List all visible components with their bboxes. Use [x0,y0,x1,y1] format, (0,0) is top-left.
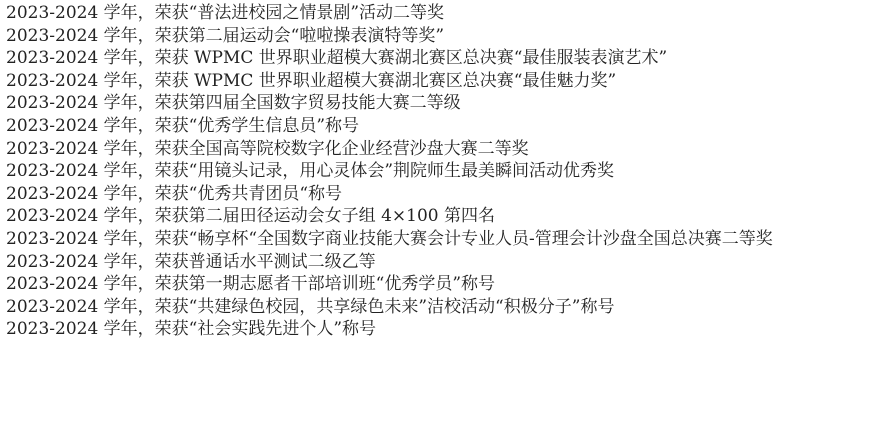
award-line: 2023-2024 学年，荣获“优秀学生信息员”称号 [6,115,878,138]
award-line: 2023-2024 学年，荣获 WPMC 世界职业超模大赛湖北赛区总决赛“最佳服… [6,47,878,70]
award-line: 2023-2024 学年，荣获第一期志愿者干部培训班“优秀学员”称号 [6,273,878,296]
award-line: 2023-2024 学年，荣获“共建绿色校园，共享绿色未来”洁校活动“积极分子”… [6,296,878,319]
award-line: 2023-2024 学年，荣获“用镜头记录，用心灵体会”荆院师生最美瞬间活动优秀… [6,160,878,183]
award-line: 2023-2024 学年，荣获第二届运动会“啦啦操表演特等奖” [6,25,878,48]
award-line: 2023-2024 学年，荣获“社会实践先进个人”称号 [6,318,878,341]
award-line: 2023-2024 学年，荣获 WPMC 世界职业超模大赛湖北赛区总决赛“最佳魅… [6,70,878,93]
award-line: 2023-2024 学年，荣获“畅享杯“全国数字商业技能大赛会计专业人员-管理会… [6,228,878,251]
award-line: 2023-2024 学年，荣获全国高等院校数字化企业经营沙盘大赛二等奖 [6,138,878,161]
award-line: 2023-2024 学年，荣获第二届田径运动会女子组 4×100 第四名 [6,205,878,228]
award-line: 2023-2024 学年，荣获“普法进校园之情景剧”活动二等奖 [6,2,878,25]
award-line: 2023-2024 学年，荣获普通话水平测试二级乙等 [6,251,878,274]
awards-document: 2023-2024 学年，荣获“普法进校园之情景剧”活动二等奖 2023-202… [0,0,878,341]
award-line: 2023-2024 学年，荣获第四届全国数字贸易技能大赛二等级 [6,92,878,115]
award-line: 2023-2024 学年，荣获“优秀共青团员“称号 [6,183,878,206]
